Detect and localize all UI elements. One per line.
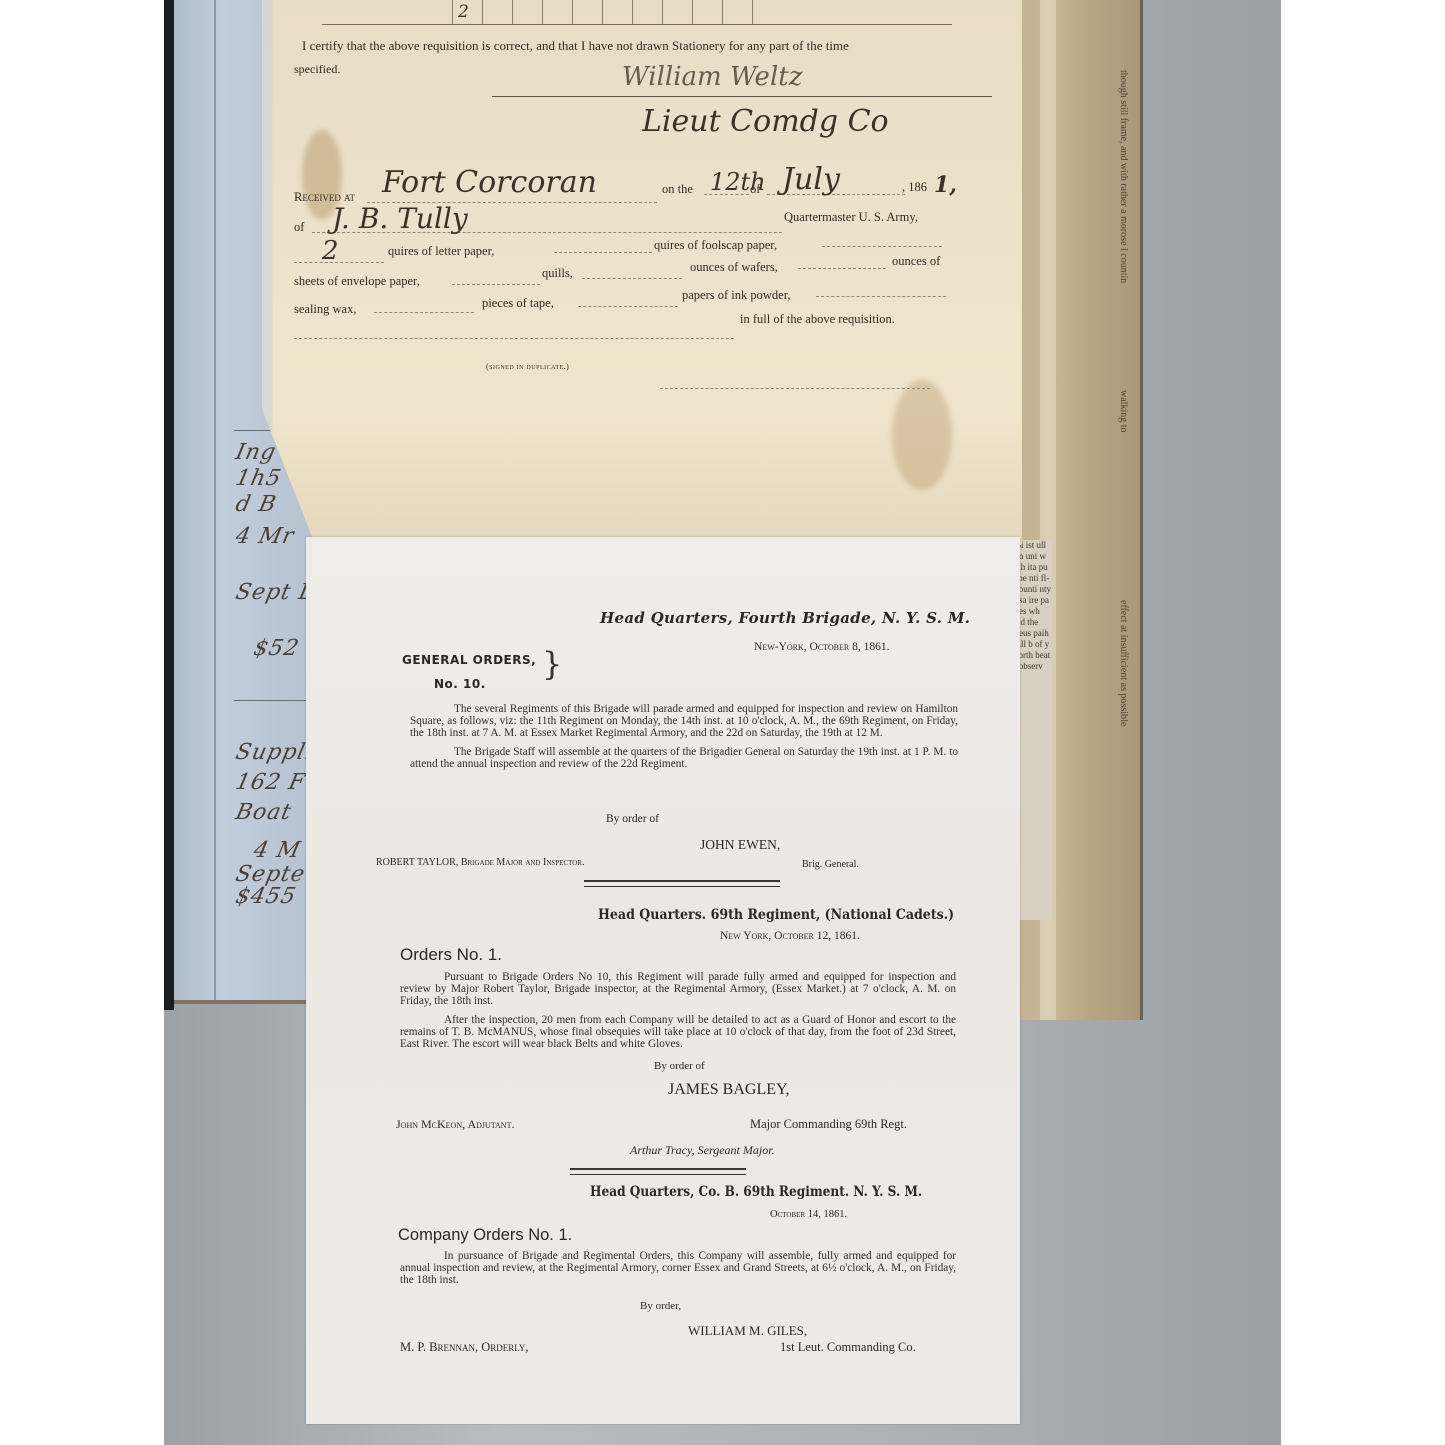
- of-label: of: [294, 220, 304, 235]
- scan-shadow-edge: [164, 0, 174, 1010]
- regiment-orders-body: Pursuant to Brigade Orders No 10, this R…: [400, 971, 956, 1056]
- regiment-orders-paragraph: After the inspection, 20 men from each C…: [400, 1014, 956, 1051]
- by-order-label: By order of: [606, 813, 659, 825]
- by-order-label: By order,: [640, 1300, 681, 1312]
- regiment-orders-title: Orders No. 1.: [400, 945, 502, 965]
- printed-orders-sheet: Head Quarters, Fourth Brigade, N. Y. S. …: [306, 537, 1020, 1424]
- regiment-dateline: New York, October 12, 1861.: [720, 930, 860, 942]
- quartermaster-title: Quartermaster U. S. Army,: [784, 210, 918, 225]
- company-orders-title: Company Orders No. 1.: [398, 1226, 572, 1245]
- newsprint-vertical-text: though still frame, and with rather a mo…: [1118, 70, 1129, 283]
- of-label: of: [750, 182, 760, 197]
- year-suffix: 1,: [934, 172, 957, 198]
- stationery-requisition-form: 2 I certify that the above requisition i…: [262, 0, 1022, 545]
- ledger-fold-line: [214, 0, 216, 1000]
- regiment-adjutant: John McKeon, Adjutant.: [396, 1117, 514, 1132]
- sergeant-major: Arthur Tracy, Sergeant Major.: [630, 1143, 775, 1158]
- requisition-table-row: [322, 0, 952, 25]
- regiment-orders-signer-title: Major Commanding 69th Regt.: [750, 1117, 907, 1132]
- ledger-handwriting-line: d B: [233, 492, 279, 517]
- company-orders-signer-title: 1st Leut. Commanding Co.: [780, 1340, 916, 1355]
- ledger-handwriting-line: 4 Mr: [233, 524, 296, 549]
- company-header: Head Quarters, Co. B. 69th Regiment. N. …: [590, 1184, 922, 1200]
- company-orders-paragraph: In pursuance of Brigade and Regimental O…: [400, 1250, 956, 1287]
- general-orders-signer: JOHN EWEN,: [700, 837, 780, 853]
- torn-edge: [262, 0, 288, 480]
- general-orders-paragraph: The Brigade Staff will assemble at the q…: [410, 746, 958, 770]
- item-ink-powder: papers of ink powder,: [682, 288, 791, 303]
- ledger-handwriting-line: Boat: [233, 800, 294, 825]
- received-place: Fort Corcoran: [382, 165, 597, 200]
- ledger-handwriting-line: Sept L: [233, 580, 317, 605]
- received-month: July: [782, 162, 840, 197]
- year-prefix: , 186: [902, 180, 927, 195]
- newsprint-vertical-text: effect at insufficient as possible: [1118, 600, 1129, 726]
- regiment-header: Head Quarters. 69th Regiment, (National …: [598, 907, 954, 923]
- on-the-label: on the: [662, 182, 693, 197]
- company-orderly: M. P. Brennan, Orderly,: [400, 1340, 529, 1355]
- newsprint-vertical-text: walking to: [1118, 390, 1129, 433]
- company-orders-signer: WILLIAM M. GILES,: [688, 1323, 807, 1339]
- general-orders-paragraph: The several Regiments of this Brigade wi…: [410, 703, 958, 740]
- item-tape: pieces of tape,: [482, 296, 554, 311]
- brigade-dateline: New-York, October 8, 1861.: [754, 641, 890, 653]
- quartermaster-name: J. B. Tully: [332, 202, 468, 235]
- regiment-orders-signer: JAMES BAGLEY,: [668, 1081, 790, 1099]
- ledger-handwriting-line: $52: [251, 636, 301, 661]
- general-orders-signer-title: Brig. General.: [802, 859, 859, 870]
- item-quills: quills,: [542, 266, 573, 281]
- signature-rule: [492, 96, 992, 97]
- ledger-handwriting-line: 4 M: [251, 838, 303, 863]
- item-ounces-of: ounces of: [892, 254, 940, 269]
- ledger-handwriting-line: 1h5: [233, 466, 283, 491]
- section-divider: [584, 880, 780, 887]
- general-orders-number: No. 10.: [434, 677, 486, 691]
- general-orders-title: GENERAL ORDERS,: [402, 653, 536, 667]
- item-envelope-paper: sheets of envelope paper,: [294, 274, 420, 289]
- item-foolscap-paper: quires of foolscap paper,: [654, 238, 777, 253]
- item-sealing-wax: sealing wax,: [294, 302, 356, 317]
- signed-duplicate-note: (signed in duplicate.): [486, 362, 569, 371]
- item-letter-paper: quires of letter paper,: [388, 244, 494, 259]
- certification-text: I certify that the above requisition is …: [302, 38, 849, 54]
- general-orders-body: The several Regiments of this Brigade wi…: [410, 703, 958, 776]
- regiment-orders-paragraph: Pursuant to Brigade Orders No 10, this R…: [400, 971, 956, 1008]
- company-orders-body: In pursuance of Brigade and Regimental O…: [400, 1250, 956, 1293]
- section-divider: [570, 1168, 746, 1175]
- requisition-quantity: 2: [458, 2, 469, 22]
- brace-icon: }: [542, 645, 562, 683]
- signature-title: Lieut Comdg Co: [642, 104, 889, 139]
- letter-paper-qty: 2: [322, 236, 339, 266]
- by-order-label: By order of: [654, 1060, 705, 1072]
- company-dateline: October 14, 1861.: [770, 1209, 847, 1220]
- brigade-major: ROBERT TAYLOR, Brigade Major and Inspect…: [376, 857, 584, 868]
- item-wafers: ounces of wafers,: [690, 260, 778, 275]
- stain: [892, 380, 952, 490]
- certification-text-cont: specified.: [294, 62, 340, 77]
- signature-name: William Weltz: [622, 62, 802, 92]
- ledger-handwriting-line: $455: [233, 884, 298, 909]
- in-full-text: in full of the above requisition.: [740, 312, 895, 327]
- brigade-header: Head Quarters, Fourth Brigade, N. Y. S. …: [600, 609, 970, 627]
